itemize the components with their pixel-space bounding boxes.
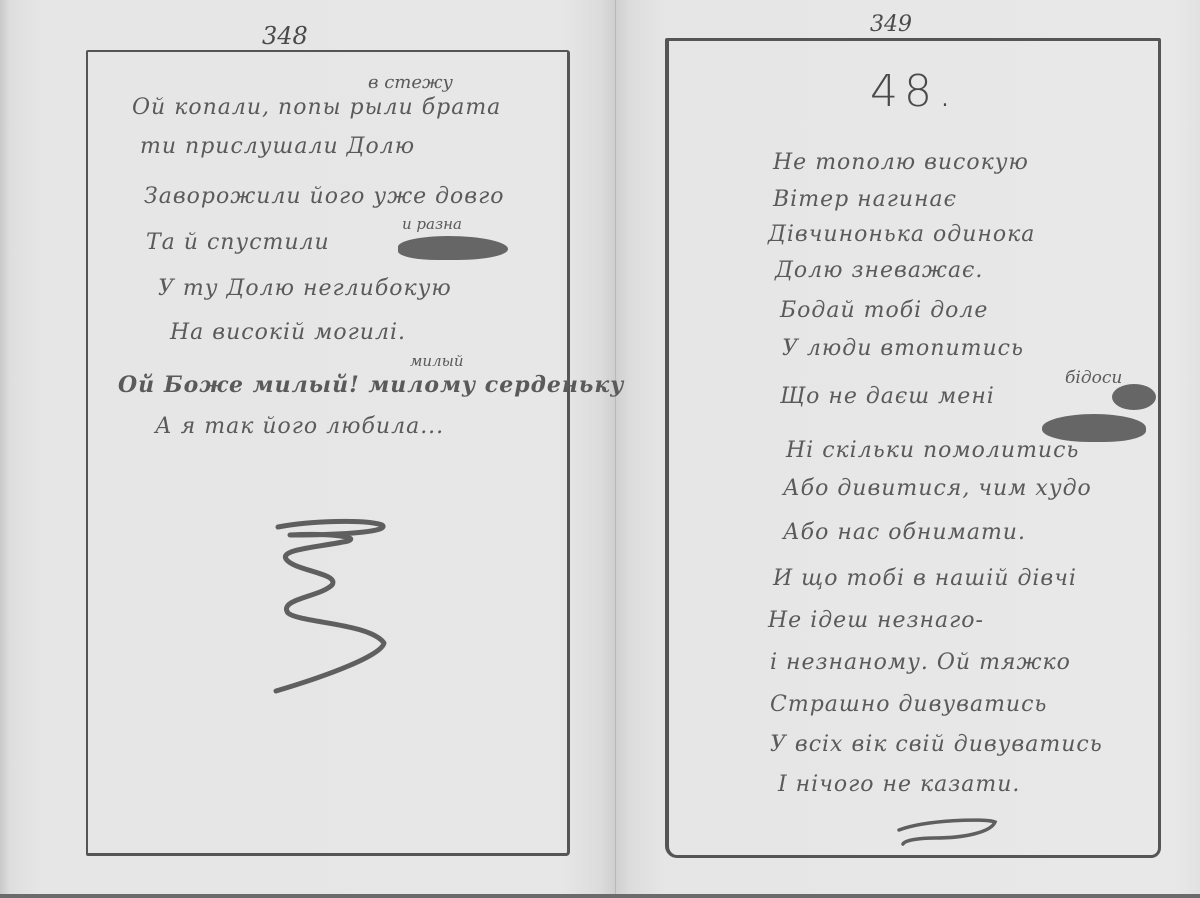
poem-number: 48. — [870, 66, 958, 117]
manuscript-line: і незнаному. Ой тяжко — [770, 650, 1071, 675]
manuscript-line: Дівчинонька одинока — [768, 222, 1035, 247]
insert-annotation: в стежу — [368, 72, 453, 93]
manuscript-line: У люди втопитись — [782, 336, 1024, 361]
manuscript-line: Долю зневажає. — [775, 258, 983, 283]
manuscript-line: Не тополю високую — [773, 150, 1029, 175]
manuscript-line: Заворожили його уже довго — [144, 184, 504, 209]
manuscript-line: Що не даєш мені — [780, 384, 995, 409]
manuscript-line: А я так його любила... — [155, 414, 444, 439]
book-gutter — [615, 0, 616, 898]
left-page-number: 348 — [262, 22, 308, 50]
manuscript-line: Страшно дивуватись — [770, 692, 1047, 717]
page-bottom-edge — [0, 894, 1200, 898]
manuscript-line: На високій могилі. — [170, 320, 406, 345]
manuscript-line: Або дивитися, чим худо — [783, 476, 1092, 501]
ink-blot — [398, 236, 508, 260]
manuscript-line: Ой копали, попы рыли брата — [132, 95, 501, 120]
manuscript-line: Та й спустили — [146, 230, 330, 255]
manuscript-spread: 348 в стежу Ой копали, попы рыли брата т… — [0, 0, 1200, 898]
end-flourish-icon — [270, 515, 400, 695]
right-page-number: 349 — [870, 12, 912, 37]
manuscript-line: Не ідеш незнаго- — [768, 608, 984, 633]
manuscript-line: И що тобі в нашій дівчі — [773, 566, 1077, 591]
manuscript-line: Бодай тобі доле — [780, 298, 988, 323]
manuscript-line: Вітер нагинає — [773, 187, 957, 212]
end-flourish-icon — [895, 818, 1005, 848]
ink-blot — [1112, 384, 1156, 410]
manuscript-line: У всіх вік свій дивуватись — [770, 732, 1103, 757]
manuscript-line: Або нас обнимати. — [783, 520, 1026, 545]
manuscript-line: Ні скільки помолитись — [786, 438, 1079, 463]
insert-annotation: бідоси — [1065, 368, 1122, 388]
manuscript-line: ти прислушали Долю — [140, 134, 415, 159]
manuscript-line: Ой Боже милый! милому серденьку — [118, 372, 624, 398]
left-page-frame — [86, 50, 570, 856]
manuscript-line: І нічого не казати. — [778, 772, 1020, 797]
insert-annotation: и разна — [402, 215, 462, 233]
insert-annotation: милый — [410, 352, 464, 370]
manuscript-line: У ту Долю неглибокую — [158, 276, 452, 301]
